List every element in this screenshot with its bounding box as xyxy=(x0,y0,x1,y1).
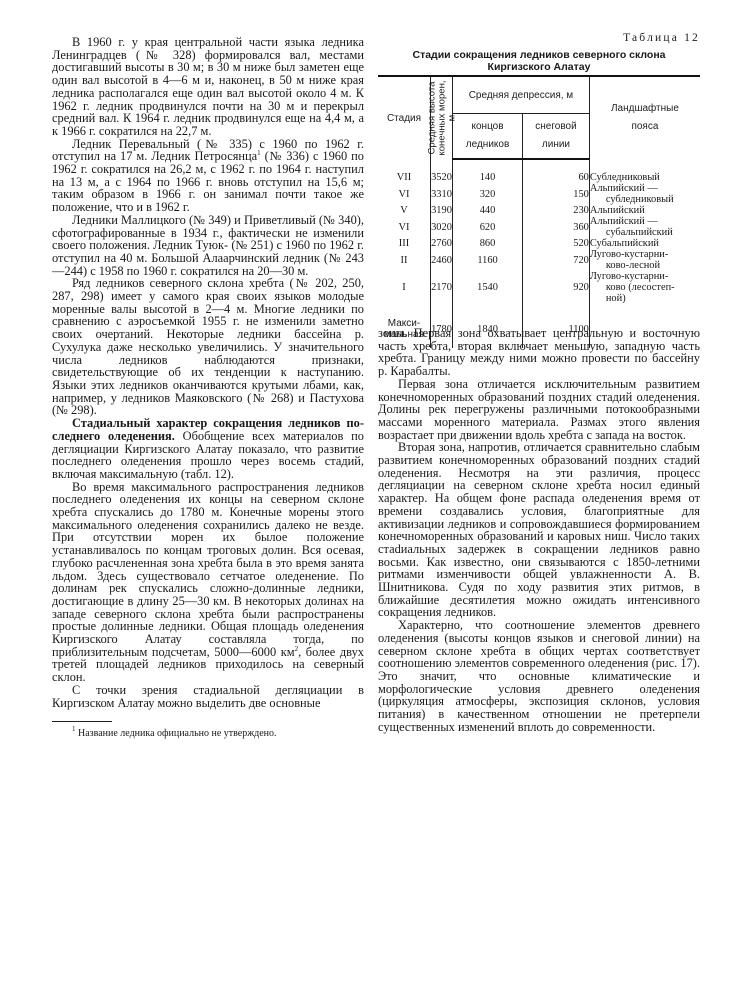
right-column: зоны. Первая зона охватывает центральную… xyxy=(378,327,700,734)
table-title: Стадии сокращения ледников северного скл… xyxy=(378,49,700,73)
paragraph-maximum: Во время максимального распространения л… xyxy=(52,481,364,684)
table-row: VII 3520 140 60 Субледниковый xyxy=(378,159,700,183)
header-elevation: Средняя вы­сота конечных морен, м xyxy=(431,76,453,159)
table-row: VI 3310 320 150 Альпийский —субледниковы… xyxy=(378,183,700,205)
paragraph-first-zone: Первая зона отличается исключительным ра… xyxy=(378,378,700,442)
header-snow-line: снеговойлинии xyxy=(523,114,590,160)
paragraph-zones: зоны. Первая зона охватывает центральную… xyxy=(378,327,700,378)
table-row: VI 3020 620 360 Альпийский —субальпийски… xyxy=(378,216,700,238)
paragraph-stadial: Стадиальный характер сокращения ледников… xyxy=(52,417,364,481)
paragraph-leningradtsev: В 1960 г. у края центральной части языка… xyxy=(52,36,364,138)
header-stage: Стадия xyxy=(378,76,431,159)
table-row: I 2170 1540 920 Лугово-кустарни-ково (ле… xyxy=(378,271,700,304)
header-glacier-ends: концовледников xyxy=(453,114,523,160)
paragraph-correlation: Характерно, что соотношение элементов др… xyxy=(378,619,700,733)
table-row: V 3190 440 230 Альпийский xyxy=(378,205,700,216)
paragraph-mallitsky: Ледники Маллицкого (№ 349) и Приветливый… xyxy=(52,214,364,278)
footnote: 1 Название ледника официально не утвержд… xyxy=(52,728,364,740)
footnote-marker: 1 xyxy=(257,149,261,157)
paragraph-perevalny: Ледник Перевальный (№ 335) с 1960 по 196… xyxy=(52,138,364,214)
glacier-stages-table: Стадия Средняя вы­сота конечных морен, м… xyxy=(378,75,700,348)
table-row: II 2460 1160 720 Лугово-кустарни-ково-ле… xyxy=(378,249,700,271)
paragraph-zones-intro: С точки зрения стадиальной дегляциации в… xyxy=(52,684,364,709)
table-label: Таблица 12 xyxy=(378,32,700,44)
footnote-divider xyxy=(52,721,112,722)
header-landscape: Ландшафтныепояса xyxy=(589,76,700,159)
left-column: В 1960 г. у края центральной части языка… xyxy=(52,36,364,740)
paragraph-second-zone: Вторая зона, напротив, отличается сравни… xyxy=(378,441,700,619)
paragraph-north-slope: Ряд ледников северного склона хребта (№ … xyxy=(52,277,364,417)
table-row: III 2760 860 520 Субальпийский xyxy=(378,238,700,249)
header-depression: Средняя депрессия, м xyxy=(453,76,590,114)
